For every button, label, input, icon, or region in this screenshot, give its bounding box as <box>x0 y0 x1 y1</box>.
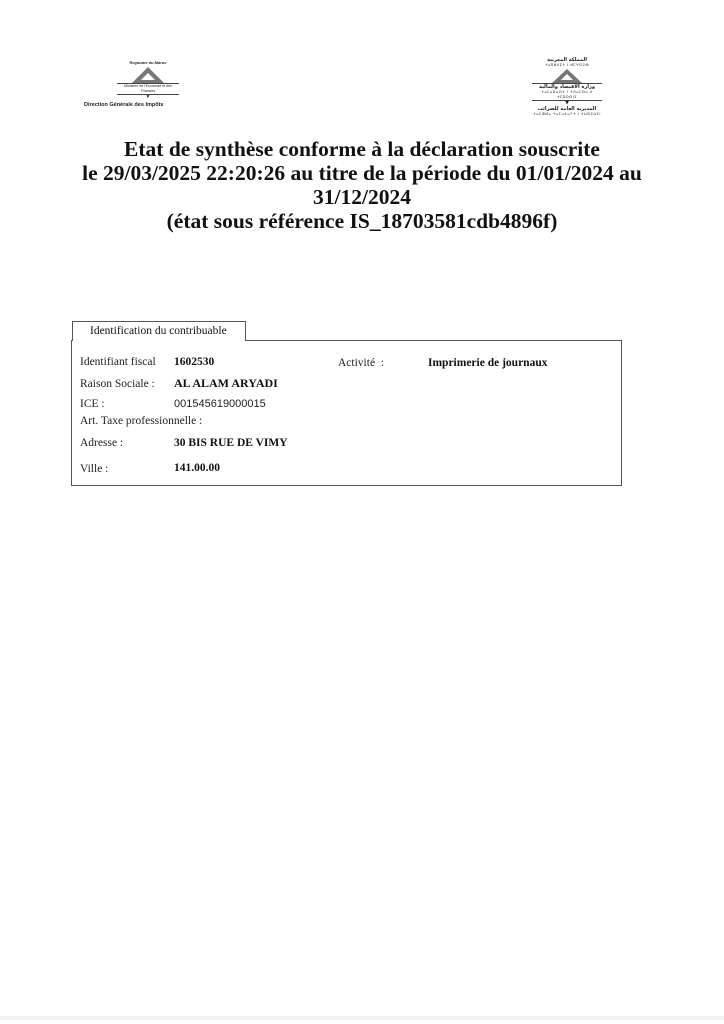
ministry-tifinagh: ⵜⴰⵎⴰⵡⴰⵙⵜ ⵏ ⵜⴷⴰⵎⵙⴰ ⴷ ⵜⵎⵓⵙⵙⵏⵉ <box>532 90 602 100</box>
ice-label: ICE : <box>80 397 105 411</box>
identifiant-fiscal-label: Identifiant fiscal <box>80 355 156 369</box>
emblem-icon <box>552 69 582 83</box>
adresse-value: 30 BIS RUE DE VIMY <box>174 436 288 450</box>
identifiant-fiscal-value: 1602530 <box>174 355 214 369</box>
ville-label: Ville : <box>80 462 108 476</box>
ministry-label: Ministère de l'Economie et des Finances <box>117 83 179 95</box>
ville-value: 141.00.00 <box>174 461 220 475</box>
activite-label: Activité : <box>338 356 384 370</box>
title-line-1: Etat de synthèse conforme à la déclarati… <box>60 137 664 161</box>
kingdom-tifinagh: ⵜⴰⴳⵍⴷⵉⵜ ⵏ ⵍⵎⵖⵔⵉⴱ <box>512 63 622 68</box>
title-reference: (état sous référence IS_18703581cdb4896f… <box>60 209 664 233</box>
page-bottom-edge <box>0 1016 724 1020</box>
title-line-2: le 29/03/2025 22:20:26 au titre de la pé… <box>60 161 664 185</box>
activite-value: Imprimerie de journaux <box>428 356 547 370</box>
document-title: Etat de synthèse conforme à la déclarati… <box>60 137 664 233</box>
identification-section-title: Identification du contribuable <box>72 321 246 341</box>
direction-tifinagh: ⵜⴰⵎⵀⵍⴰ ⵜⴰⵎⴰⵜⴰⵢⵜ ⵏ ⵜⵡⵙⵉⵡⵉⵏ <box>512 112 622 117</box>
ice-value: 001545619000015 <box>174 397 266 411</box>
emblem-icon <box>132 67 164 83</box>
direction-label: Direction Générale des Impôts <box>84 102 218 108</box>
adresse-label: Adresse : <box>80 436 123 450</box>
arrow-down-icon: ▼ <box>78 95 218 100</box>
raison-sociale-label: Raison Sociale : <box>80 377 155 391</box>
title-line-3: 31/12/2024 <box>60 185 664 209</box>
taxe-professionnelle-label: Art. Taxe professionnelle : <box>80 414 202 428</box>
dgi-logo-left: Royaume du Maroc Ministère de l'Economie… <box>78 60 218 108</box>
dgi-logo-right: المملكة المغربية ⵜⴰⴳⵍⴷⵉⵜ ⵏ ⵍⵎⵖⵔⵉⴱ وزارة … <box>512 57 622 117</box>
raison-sociale-value: AL ALAM ARYADI <box>174 376 278 390</box>
kingdom-label: Royaume du Maroc <box>78 60 218 65</box>
